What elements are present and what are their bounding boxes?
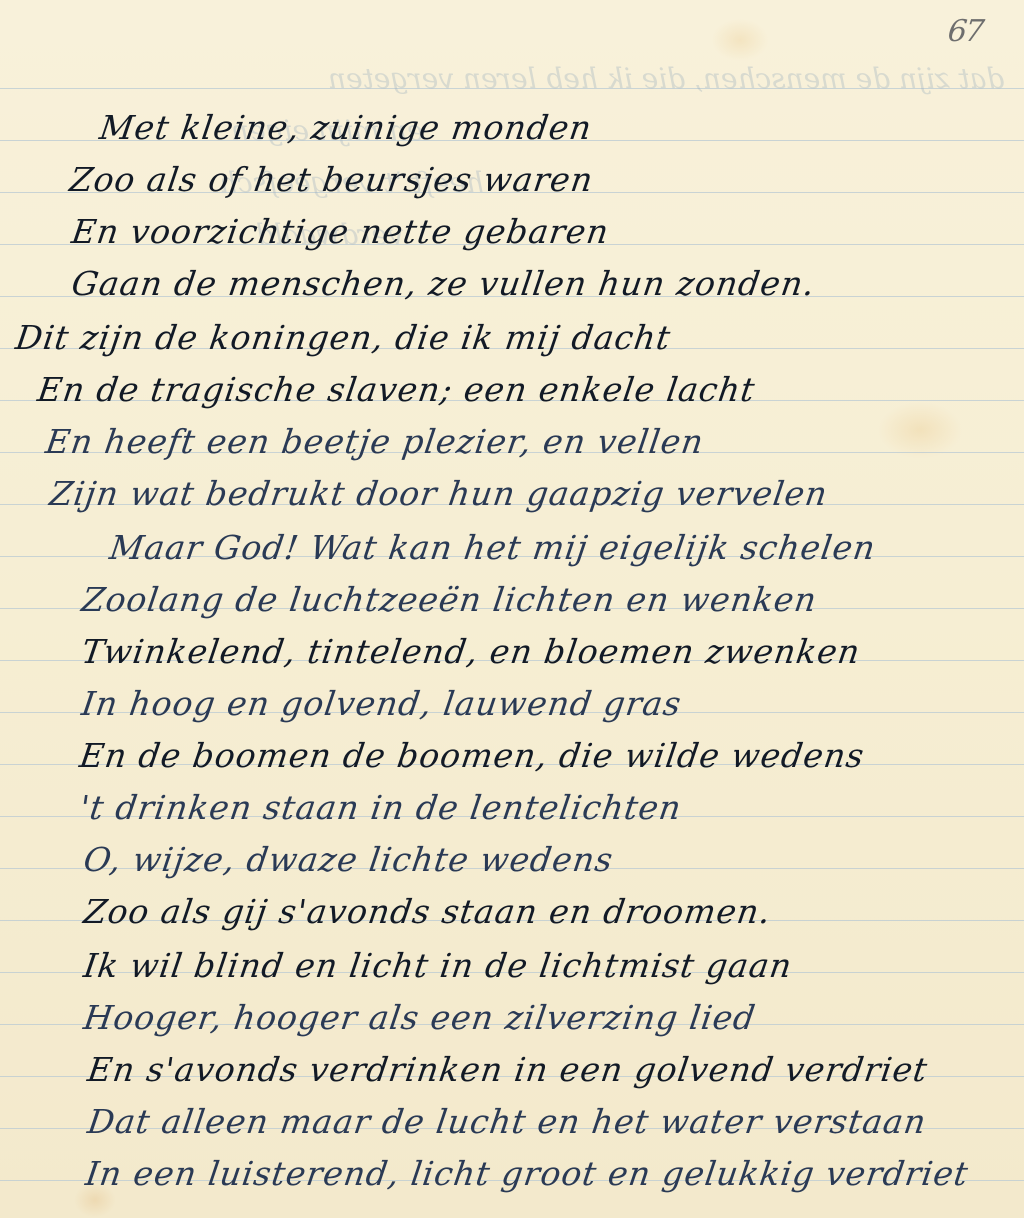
poem-line: Maar God! Wat kan het mij eigelijk schel… (107, 528, 878, 567)
poem-line: Met kleine, zuinige monden (97, 108, 594, 147)
poem-line: En s'avonds verdrinken in een golvend ve… (85, 1050, 930, 1089)
poem-line: Hooger, hooger als een zilverzing lied (81, 998, 758, 1037)
poem-line: In een luisterend, licht groot en gelukk… (83, 1154, 971, 1193)
poem-line: 't drinken staan in de lentelichten (77, 788, 684, 827)
bleed-through-text: dat zijn de menschen, die ik heb leren v… (328, 62, 1004, 95)
poem-line: Zoo als of het beursjes waren (67, 160, 596, 199)
poem-line: Gaan de menschen, ze vullen hun zonden. (69, 264, 817, 303)
poem-line: Twinkelend, tintelend, en bloemen zwenke… (79, 632, 863, 671)
poem-line: En de tragische slaven; een enkele lacht (35, 370, 758, 409)
poem-line: Zoolang de luchtzeeën lichten en wenken (79, 580, 819, 619)
poem-line: Ik wil blind en licht in de lichtmist ga… (81, 946, 795, 985)
poem-line: O, wijze, dwaze lichte wedens (81, 840, 616, 879)
poem-line: Zijn wat bedrukt door hun gaapzig vervel… (47, 474, 830, 513)
poem-line: En de boomen de boomen, die wilde wedens (77, 736, 867, 775)
poem-line: In hoog en golvend, lauwend gras (79, 684, 684, 723)
poem-line: En voorzichtige nette gebaren (69, 212, 611, 251)
poem-line: Dit zijn de koningen, die ik mij dacht (13, 318, 673, 357)
poem-line: Dat alleen maar de lucht en het water ve… (85, 1102, 929, 1141)
page-number: 67 (946, 14, 984, 49)
manuscript-page: dat zijn de menschen, die ik heb leren v… (0, 0, 1024, 1218)
poem-line: En heeft een beetje plezier, en vellen (43, 422, 706, 461)
poem-line: Zoo als gij s'avonds staan en droomen. (81, 892, 773, 931)
